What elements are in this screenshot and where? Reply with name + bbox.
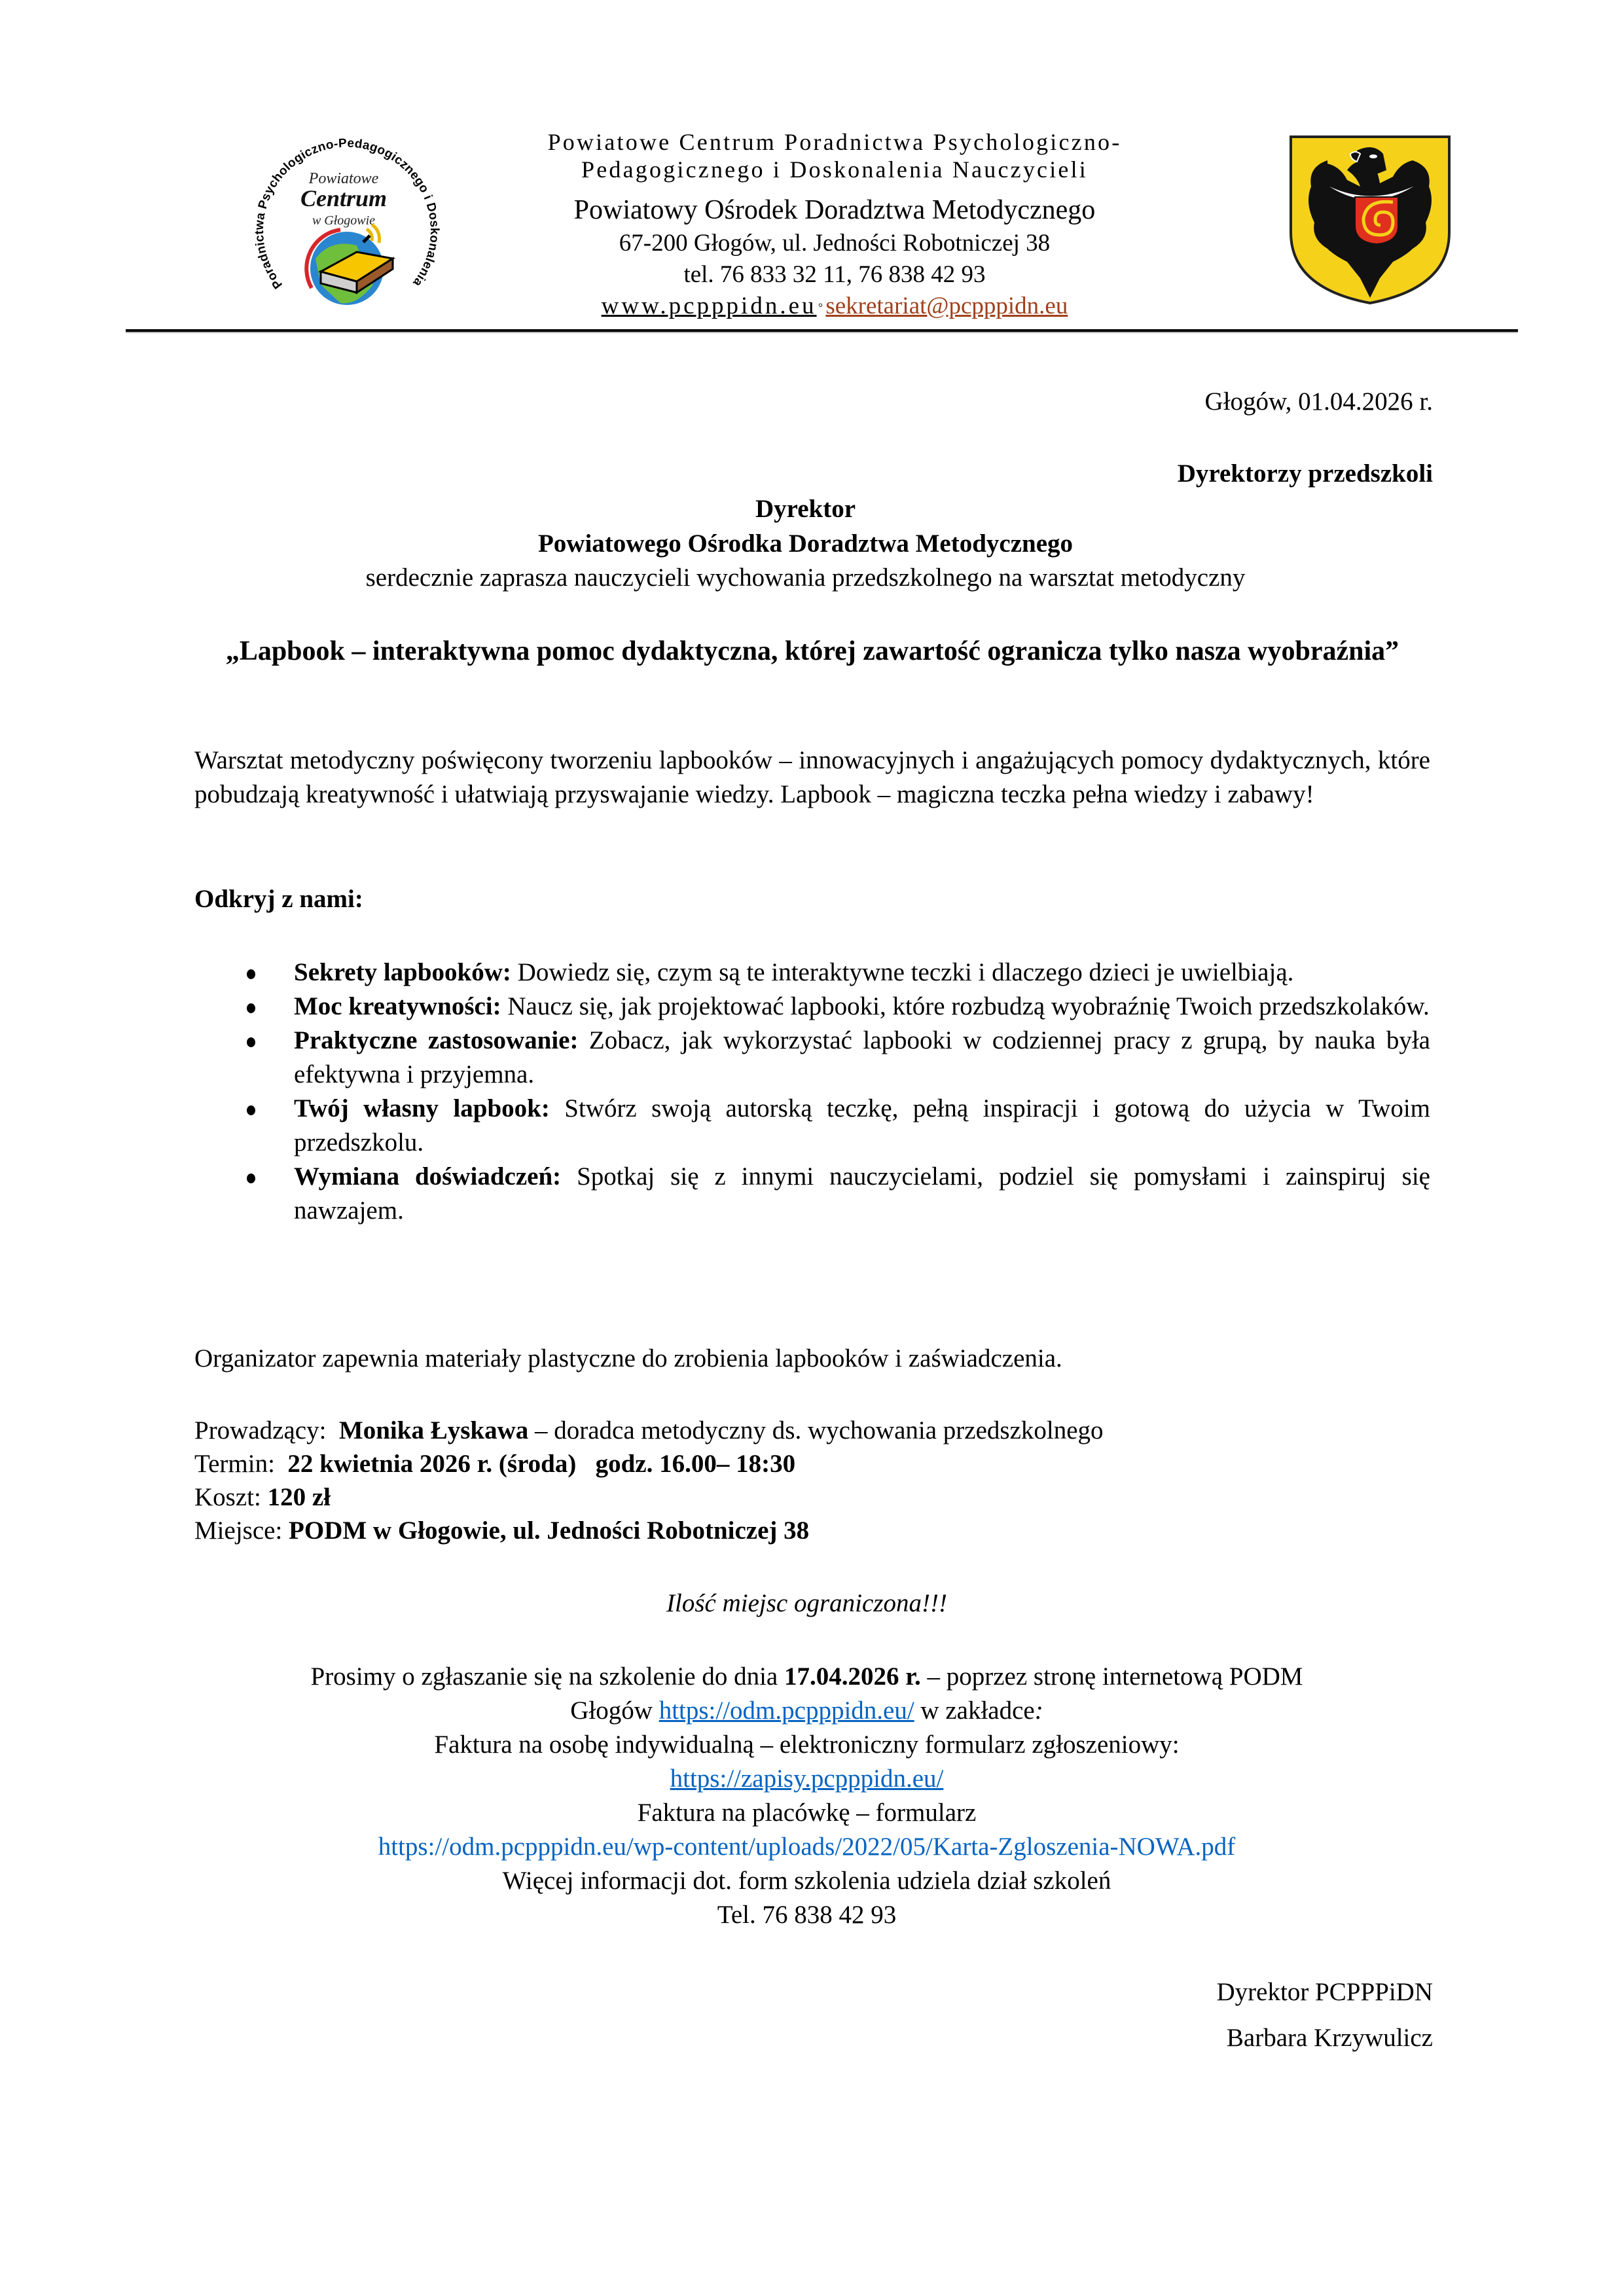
list-item-text: Naucz się, jak projektować lapbooki, któ… xyxy=(501,992,1430,1020)
more-info-text: Więcej informacji dot. form szkolenia ud… xyxy=(0,1864,1619,1898)
svg-text:Centrum: Centrum xyxy=(300,185,387,211)
place-value: PODM w Głogowie, ul. Jedności Robotnicze… xyxy=(289,1516,809,1545)
unit-name: Powiatowy Ośrodek Doradztwa Metodycznego xyxy=(511,194,1159,226)
individual-invoice-text: Faktura na osobę indywidualną – elektron… xyxy=(0,1728,1619,1762)
registration-text: Głogów xyxy=(570,1696,659,1725)
signature-title: Dyrektor PCPPPiDN xyxy=(1217,1975,1433,2009)
place-line: Miejsce: PODM w Głogowie, ul. Jedności R… xyxy=(194,1514,809,1548)
bullet-icon xyxy=(247,1003,255,1013)
registration-line2: Głogów https://odm.pcpppidn.eu/ w zakład… xyxy=(0,1694,1619,1728)
registration-text: w zakładce xyxy=(914,1696,1035,1725)
zapisy-link-line: https://zapisy.pcpppidn.eu/ xyxy=(0,1762,1619,1796)
cost-line: Koszt: 120 zł xyxy=(194,1480,331,1515)
sender-title: Dyrektor xyxy=(0,492,1617,526)
registration-text: Prosimy o zgłaszanie się na szkolenie do… xyxy=(311,1662,784,1691)
invitation-text: serdecznie zaprasza nauczycieli wychowan… xyxy=(0,561,1617,595)
org-name-line1: Powiatowe Centrum Poradnictwa Psychologi… xyxy=(511,128,1159,156)
org-phone: tel. 76 833 32 11, 76 838 42 93 xyxy=(511,260,1159,289)
training-dept-phone: Tel. 76 838 42 93 xyxy=(0,1898,1619,1932)
list-item-label: Sekrety lapbooków: xyxy=(294,958,511,986)
list-item: Praktyczne zastosowanie: Zobacz, jak wyk… xyxy=(194,1024,1430,1092)
institution-invoice-text: Faktura na placówkę – formularz xyxy=(0,1796,1619,1830)
place-date: Głogów, 01.04.2026 r. xyxy=(1205,385,1433,419)
registration-text: – poprzez stronę internetową PODM xyxy=(921,1662,1303,1691)
materials-note: Organizator zapewnia materiały plastyczn… xyxy=(194,1342,1062,1376)
org-name-line2: Pedagogicznego i Doskonalenia Nauczyciel… xyxy=(511,156,1159,183)
svg-text:w Głogowie: w Głogowie xyxy=(312,213,375,228)
time-value: godz. 16.00– 18:30 xyxy=(596,1450,796,1478)
bullet-icon xyxy=(247,1174,255,1183)
leader-role: – doradca metodyczny ds. wychowania prze… xyxy=(528,1416,1103,1444)
recipient: Dyrektorzy przedszkoli xyxy=(1178,457,1433,491)
date-value: 22 kwietnia 2026 r. (środa) xyxy=(287,1450,576,1478)
registration-text: : xyxy=(1035,1696,1043,1725)
leader-name: Monika Łyskawa xyxy=(339,1416,528,1444)
zapisy-link[interactable]: https://zapisy.pcpppidn.eu/ xyxy=(670,1765,944,1793)
bullet-icon xyxy=(247,969,255,979)
workshop-title: „Lapbook – interaktywna pomoc dydaktyczn… xyxy=(194,634,1430,668)
benefits-list: Sekrety lapbooków: Dowiedz się, czym są … xyxy=(194,956,1430,1228)
registration-form-link[interactable]: https://odm.pcpppidn.eu/wp-content/uploa… xyxy=(378,1833,1236,1861)
registration-line1: Prosimy o zgłaszanie się na szkolenie do… xyxy=(0,1660,1619,1694)
org-address: 67-200 Głogów, ul. Jedności Robotniczej … xyxy=(511,229,1159,257)
intro-paragraph: Warsztat metodyczny poświęcony tworzeniu… xyxy=(194,744,1430,812)
list-item: Sekrety lapbooków: Dowiedz się, czym są … xyxy=(194,956,1430,990)
list-item-label: Praktyczne zastosowanie: xyxy=(294,1026,578,1054)
podm-website-link[interactable]: https://odm.pcpppidn.eu/ xyxy=(659,1696,914,1725)
coat-of-arms-icon xyxy=(1288,134,1452,306)
list-item: Moc kreatywności: Naucz się, jak projekt… xyxy=(194,990,1430,1024)
org-contact-links: www.pcpppidn.eu◦sekretariat@pcpppidn.eu xyxy=(511,292,1159,320)
list-item-label: Moc kreatywności: xyxy=(294,992,501,1020)
leader-label: Prowadzący: xyxy=(194,1416,326,1444)
bullet-icon xyxy=(247,1105,255,1115)
website-link[interactable]: www.pcpppidn.eu xyxy=(602,293,817,319)
leader-line: Prowadzący: Monika Łyskawa – doradca met… xyxy=(194,1414,1104,1448)
discover-heading: Odkryj z nami: xyxy=(194,882,363,916)
email-link[interactable]: sekretariat@pcpppidn.eu xyxy=(825,293,1068,319)
list-item: Twój własny lapbook: Stwórz swoją autors… xyxy=(194,1092,1430,1160)
signature-name: Barbara Krzywulicz xyxy=(1227,2021,1433,2055)
registration-deadline: 17.04.2026 r. xyxy=(784,1662,921,1691)
list-item: Wymiana doświadczeń: Spotkaj się z innym… xyxy=(194,1160,1430,1228)
header-divider xyxy=(126,329,1518,333)
date-label: Termin: xyxy=(194,1450,275,1478)
list-item-label: Wymiana doświadczeń: xyxy=(294,1162,561,1191)
list-item-label: Twój własny lapbook: xyxy=(294,1094,550,1122)
institution-logo: Poradnictwa Psychologiczno-Pedagogiczneg… xyxy=(242,121,445,317)
cost-label: Koszt: xyxy=(194,1483,261,1511)
sender-institution: Powiatowego Ośrodka Doradztwa Metodyczne… xyxy=(0,527,1617,561)
list-item-text: Dowiedz się, czym są te interaktywne tec… xyxy=(511,958,1293,986)
cost-value: 120 zł xyxy=(268,1483,331,1511)
date-line: Termin: 22 kwietnia 2026 r. (środa) godz… xyxy=(194,1447,795,1481)
separator: ◦ xyxy=(818,296,823,313)
bullet-icon xyxy=(247,1037,255,1047)
place-label: Miejsce: xyxy=(194,1516,282,1545)
form-link-line: https://odm.pcpppidn.eu/wp-content/uploa… xyxy=(0,1830,1619,1864)
limited-seats-note: Ilość miejsc ograniczona!!! xyxy=(0,1587,1619,1621)
